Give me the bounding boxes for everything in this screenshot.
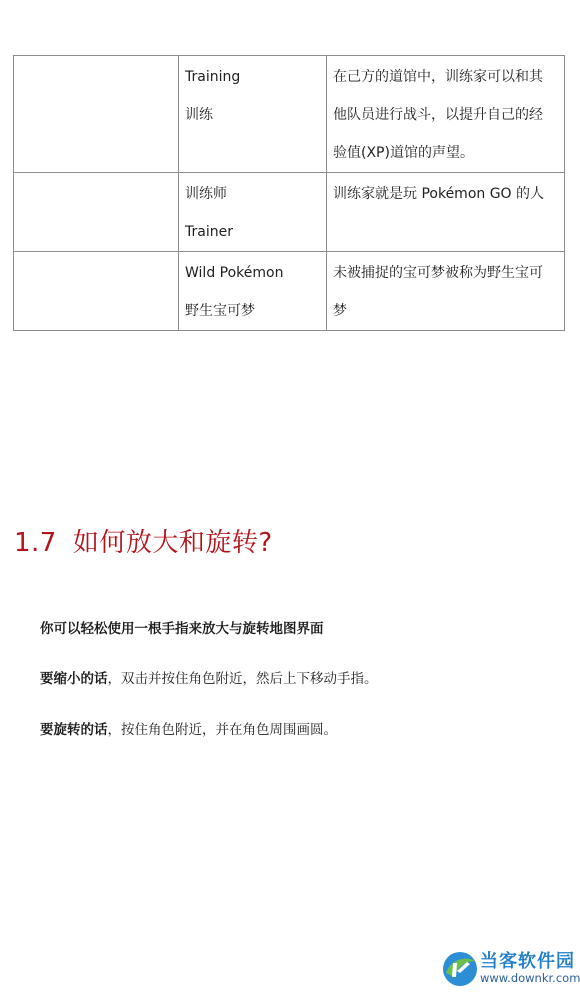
paragraph-bold: 要旋转的话 (40, 722, 108, 738)
table-row: Training 训练 在己方的道馆中，训练家可以和其 他队员进行战斗，以提升自… (14, 56, 565, 173)
watermark-title: 当客软件园 (480, 947, 575, 973)
section-number: 1.7 (14, 528, 57, 558)
table-cell-definition: 未被捕捉的宝可梦被称为野生宝可 梦 (327, 252, 565, 331)
paragraph-bold: 要缩小的话 (40, 671, 108, 687)
table-cell-term: 训练师 Trainer (179, 173, 327, 252)
table-cell-empty (14, 56, 179, 173)
term-chinese: 训练 (185, 96, 326, 134)
watermark-url: www.downkr.com (480, 971, 580, 985)
term-chinese: 训练师 (185, 175, 326, 213)
definition-line: 验值(XP)道馆的声望。 (333, 134, 564, 172)
table-cell-term: Wild Pokémon 野生宝可梦 (179, 252, 327, 331)
table-row: 训练师 Trainer 训练家就是玩 Pokémon GO 的人 (14, 173, 565, 252)
table-cell-term: Training 训练 (179, 56, 327, 173)
definition-line: 训练家就是玩 Pokémon GO 的人 (333, 175, 564, 213)
glossary-table: Training 训练 在己方的道馆中，训练家可以和其 他队员进行战斗，以提升自… (13, 55, 565, 331)
watermark: 当客软件园 www.downkr.com (442, 947, 578, 993)
paragraph-text: ，按住角色附近，并在角色周围画圆。 (108, 722, 338, 738)
definition-line: 他队员进行战斗，以提升自己的经 (333, 96, 564, 134)
table-cell-empty (14, 173, 179, 252)
paragraph-bold: 你可以轻松使用一根手指来放大与旋转地图界面 (40, 621, 324, 637)
section-title: 如何放大和旋转? (73, 528, 273, 558)
definition-line: 梦 (333, 292, 564, 330)
table-cell-definition: 在己方的道馆中，训练家可以和其 他队员进行战斗，以提升自己的经 验值(XP)道馆… (327, 56, 565, 173)
definition-line: 未被捕捉的宝可梦被称为野生宝可 (333, 254, 564, 292)
table-row: Wild Pokémon 野生宝可梦 未被捕捉的宝可梦被称为野生宝可 梦 (14, 252, 565, 331)
intro-paragraph: 你可以轻松使用一根手指来放大与旋转地图界面 (40, 617, 324, 637)
term-english: Wild Pokémon (185, 254, 326, 292)
term-english: Training (185, 58, 326, 96)
paragraph-text: ，双击并按住角色附近，然后上下移动手指。 (108, 671, 378, 687)
definition-line: 在己方的道馆中，训练家可以和其 (333, 58, 564, 96)
term-english: Trainer (185, 213, 326, 251)
rotate-paragraph: 要旋转的话，按住角色附近，并在角色周围画圆。 (40, 718, 337, 738)
section-heading: 1.7如何放大和旋转? (14, 522, 273, 559)
table-cell-empty (14, 252, 179, 331)
downkr-logo-icon (442, 951, 478, 987)
zoom-out-paragraph: 要缩小的话，双击并按住角色附近，然后上下移动手指。 (40, 667, 378, 687)
table-cell-definition: 训练家就是玩 Pokémon GO 的人 (327, 173, 565, 252)
term-chinese: 野生宝可梦 (185, 292, 326, 330)
